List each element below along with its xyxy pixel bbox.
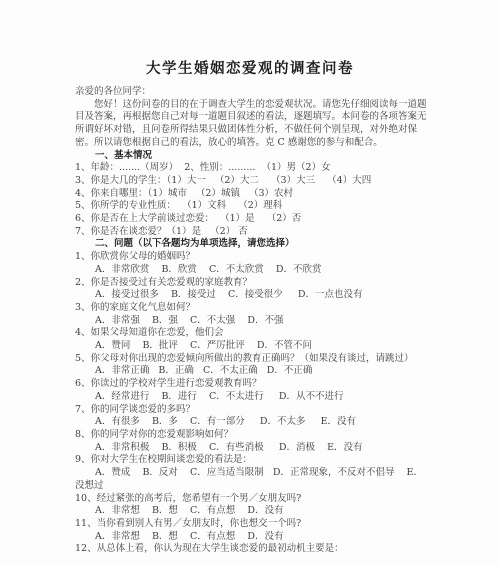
basic-info-line: 7、你是否在谈恋爱？（1）是 （2） 否: [75, 226, 430, 239]
basic-info-line: 1、年龄：.......（周岁） 2、性别：......... （1）男（2）女: [75, 162, 430, 175]
question-text: 10、经过紧张的高考后，您希望有一个男／女朋友吗?: [75, 493, 430, 506]
question-options: A．赞同 B．批评 C．严厉批评 D．不管不问: [95, 340, 430, 353]
section2-header: 二、问题（以下各题均为单项选择，请您选择）: [75, 238, 430, 251]
question-options: A．非常想 B．想 C．有点想 D．没有: [95, 531, 430, 544]
questionnaire-page: 大学生婚姻恋爱观的调查问卷 亲爱的各位同学： 您好！这份问卷的目的在于调查大学生…: [0, 0, 500, 565]
question-text: 6、你读过的学校对学生进行恋爱观教育吗？: [75, 378, 430, 391]
question-text: 1、你欣赏你父母的婚姻吗？: [75, 251, 430, 264]
question-options: A．接受过很多 B．接受过 C．接受很少 D．一点也没有: [95, 289, 430, 302]
question-options: A．非常欣赏 B．欣赏 C．不太欣赏 D．不欣赏: [95, 264, 430, 277]
question-options: A．经常进行 B．进行 C．不太进行 D．从不不进行: [95, 391, 430, 404]
page-title: 大学生婚姻恋爱观的调查问卷: [0, 0, 500, 77]
question-text: 9、你对大学生在校期间谈恋爱的看法是：: [75, 454, 430, 467]
question-options: A．非常积极 B．积极 C．有些消极 D．消极 E．没有: [95, 442, 430, 455]
document-body: 亲爱的各位同学： 您好！这份问卷的目的在于调查大学生的恋爱观状况。请您先仔细阅读…: [0, 77, 500, 556]
question-text: 12、从总体上看，你认为现在大学生谈恋爱的最初动机主要是：: [75, 543, 430, 556]
question-text: 11、当你看到别人有男／女朋友时，你也想交一个吗?: [75, 518, 430, 531]
question-options: A．非常正确 B．正确 C．不太正确 D．不正确: [95, 365, 430, 378]
basic-info-line: 6、你是否在上大学前谈过恋爱： （1）是 （2）否: [75, 213, 430, 226]
question-options: A．非常强 B．强 C．不太强 D．不强: [95, 315, 430, 328]
question-options: A．赞成 B．反对 C．应当适当限制 D．正常现象，不反对不倡导 E．没想过: [75, 467, 430, 492]
question-options: A．有很多 B．多 C．有一部分 D．不太多 E．没有: [95, 416, 430, 429]
question-text: 5、你父母对你出现的恋爱倾向所做出的教育正确吗？（如果没有谈过，请跳过）: [75, 353, 430, 366]
basic-info-line: 3、你是大几的学生：（1）大一 （2）大二 （3）大三 （4）大四: [75, 175, 430, 188]
question-text: 8、你的同学对你的恋爱观影响如何？: [75, 429, 430, 442]
salutation: 亲爱的各位同学：: [75, 86, 430, 99]
section1-header: 一、基本情况: [75, 150, 430, 163]
question-text: 4、如果父母知道你在恋爱，他们会: [75, 327, 430, 340]
basic-info-line: 4、你来自哪里：（1）城市 （2）城镇 （3）农村: [75, 188, 430, 201]
intro-paragraph: 您好！这份问卷的目的在于调查大学生的恋爱观状况。请您先仔细阅读每一道题目及答案，…: [75, 99, 430, 150]
basic-info-line: 5、你所学的专业性质： （1）文科 （2）理科: [75, 200, 430, 213]
question-text: 3、你的家庭文化气息如何？: [75, 302, 430, 315]
question-text: 2、你是否接受过有关恋爱观的家庭教育？: [75, 277, 430, 290]
question-text: 7、你的同学谈恋爱的多吗？: [75, 404, 430, 417]
question-options: A．非常想 B．想 C．有点想 D．没有: [95, 505, 430, 518]
